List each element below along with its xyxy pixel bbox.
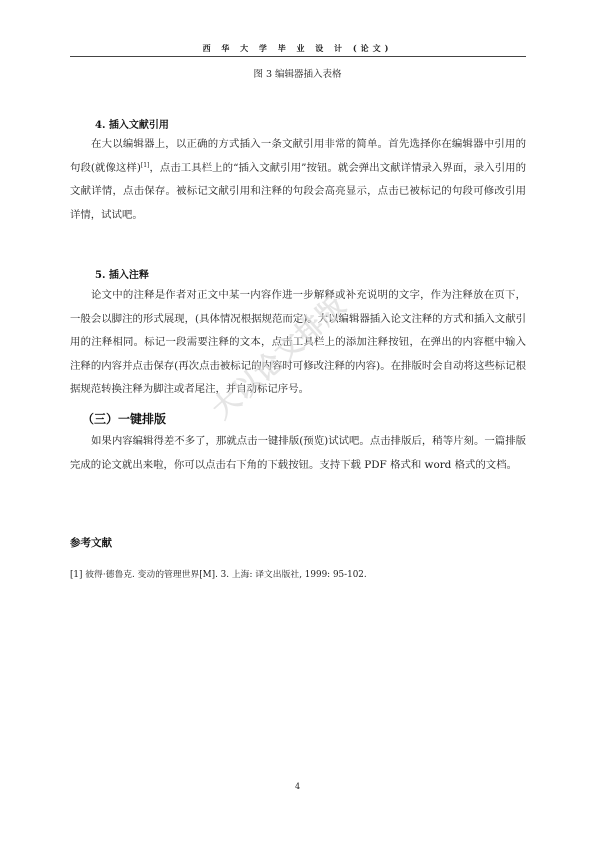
paragraph-one-click-layout: 如果内容编辑得差不多了，那就点击一键排版(预览)试试吧。点击排版后，稍等片刻。一… bbox=[70, 430, 526, 477]
reference-item: [1] 彼得·德鲁克. 变动的管理世界[M]. 3. 上海: 译文出版社, 19… bbox=[70, 567, 367, 580]
paragraph-insert-annotation: 论文中的注释是作者对正文中某一内容作进一步解释或补充说明的文字，作为注释放在页下… bbox=[70, 284, 526, 402]
page-number: 4 bbox=[0, 782, 595, 791]
section-heading-one-click-layout: （三）一键排版 bbox=[82, 410, 166, 427]
document-page: 西 华 大 学 毕 业 设 计 (论文) 图 3 编辑器插入表格 4. 插入文献… bbox=[0, 0, 595, 842]
figure-caption: 图 3 编辑器插入表格 bbox=[0, 66, 595, 80]
header-divider bbox=[70, 56, 526, 57]
section-heading-insert-annotation: 5. 插入注释 bbox=[95, 266, 149, 281]
section-heading-insert-citation: 4. 插入文献引用 bbox=[95, 116, 169, 131]
paragraph-insert-citation: 在大以编辑器上，以正确的方式插入一条文献引用非常的简单。首先选择你在编辑器中引用… bbox=[70, 133, 526, 227]
references-title: 参考文献 bbox=[70, 535, 112, 550]
running-header: 西 华 大 学 毕 业 设 计 (论文) bbox=[0, 43, 595, 54]
